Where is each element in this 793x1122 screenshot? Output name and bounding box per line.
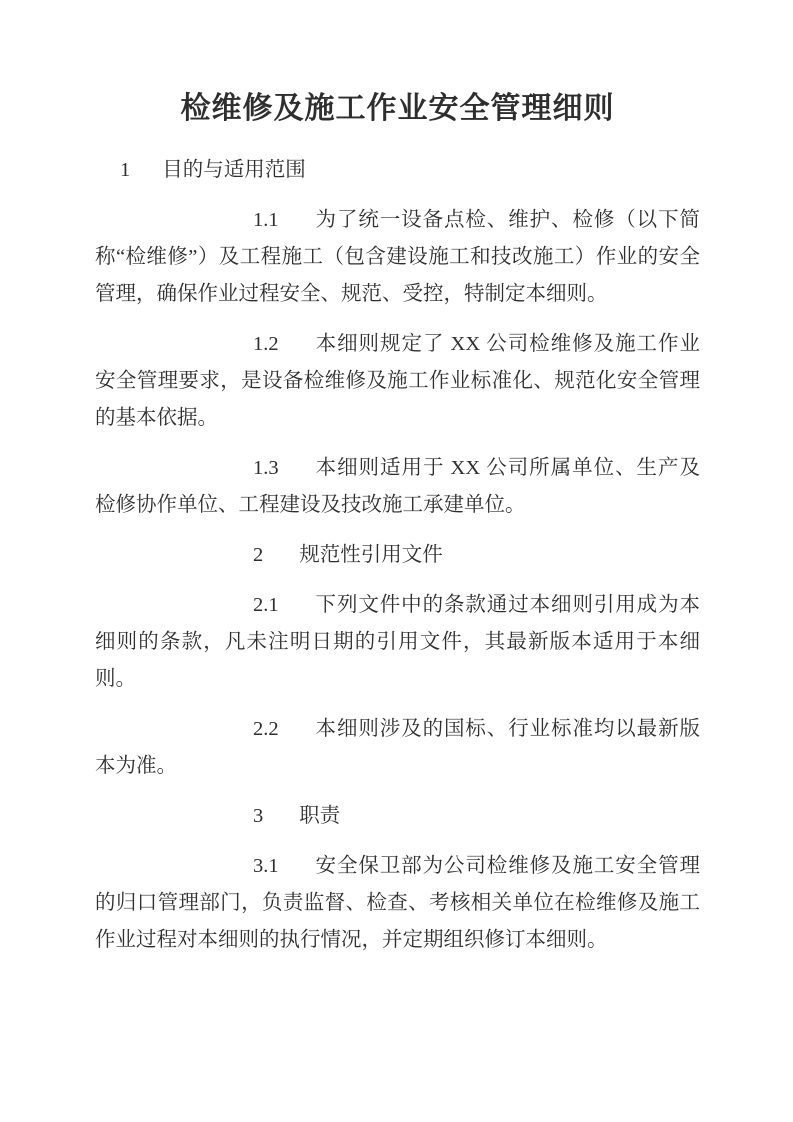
paragraph-1-3: 1.3本细则适用于 XX 公司所属单位、生产及检修协作单位、工程建设及技改施工承… xyxy=(95,450,700,524)
section-heading-text: 目的与适用范围 xyxy=(162,159,306,181)
paragraph-1-1: 1.1为了统一设备点检、维护、检修（以下简称“检维修”）及工程施工（包含建设施工… xyxy=(95,202,700,313)
section-heading-3: 3职责 xyxy=(253,798,700,835)
paragraph-2-2: 2.2本细则涉及的国标、行业标准均以最新版本为准。 xyxy=(95,711,700,785)
section-number: 3 xyxy=(253,805,263,827)
clause-number: 2.1 xyxy=(253,594,279,616)
document-title: 检维修及施工作业安全管理细则 xyxy=(95,88,700,130)
section-heading-text: 职责 xyxy=(299,805,340,827)
section-heading-text: 规范性引用文件 xyxy=(299,544,443,566)
section-number: 2 xyxy=(253,544,263,566)
section-heading-2: 2规范性引用文件 xyxy=(253,537,700,574)
clause-text: 本细则规定了 XX 公司检维修及施工作业安全管理要求，是设备检维修及施工作业标准… xyxy=(95,333,700,429)
clause-text: 安全保卫部为公司检维修及施工安全管理的归口管理部门，负责监督、检查、考核相关单位… xyxy=(95,855,700,951)
paragraph-1-2: 1.2本细则规定了 XX 公司检维修及施工作业安全管理要求，是设备检维修及施工作… xyxy=(95,326,700,437)
paragraph-3-1: 3.1安全保卫部为公司检维修及施工安全管理的归口管理部门，负责监督、检查、考核相… xyxy=(95,848,700,959)
clause-text: 为了统一设备点检、维护、检修（以下简称“检维修”）及工程施工（包含建设施工和技改… xyxy=(95,209,700,305)
section-number: 1 xyxy=(120,159,130,181)
section-heading-1: 1目的与适用范围 xyxy=(120,152,700,189)
clause-number: 2.2 xyxy=(253,718,279,740)
clause-text: 本细则涉及的国标、行业标准均以最新版本为准。 xyxy=(95,718,700,777)
clause-text: 本细则适用于 XX 公司所属单位、生产及检修协作单位、工程建设及技改施工承建单位… xyxy=(95,457,700,516)
clause-text: 下列文件中的条款通过本细则引用成为本细则的条款，凡未注明日期的引用文件，其最新版… xyxy=(95,594,700,690)
document-page: 检维修及施工作业安全管理细则 1目的与适用范围 1.1为了统一设备点检、维护、检… xyxy=(0,0,793,1122)
clause-number: 1.3 xyxy=(253,457,279,479)
clause-number: 3.1 xyxy=(253,855,279,877)
paragraph-2-1: 2.1下列文件中的条款通过本细则引用成为本细则的条款，凡未注明日期的引用文件，其… xyxy=(95,587,700,698)
clause-number: 1.2 xyxy=(253,333,279,355)
clause-number: 1.1 xyxy=(253,209,279,231)
